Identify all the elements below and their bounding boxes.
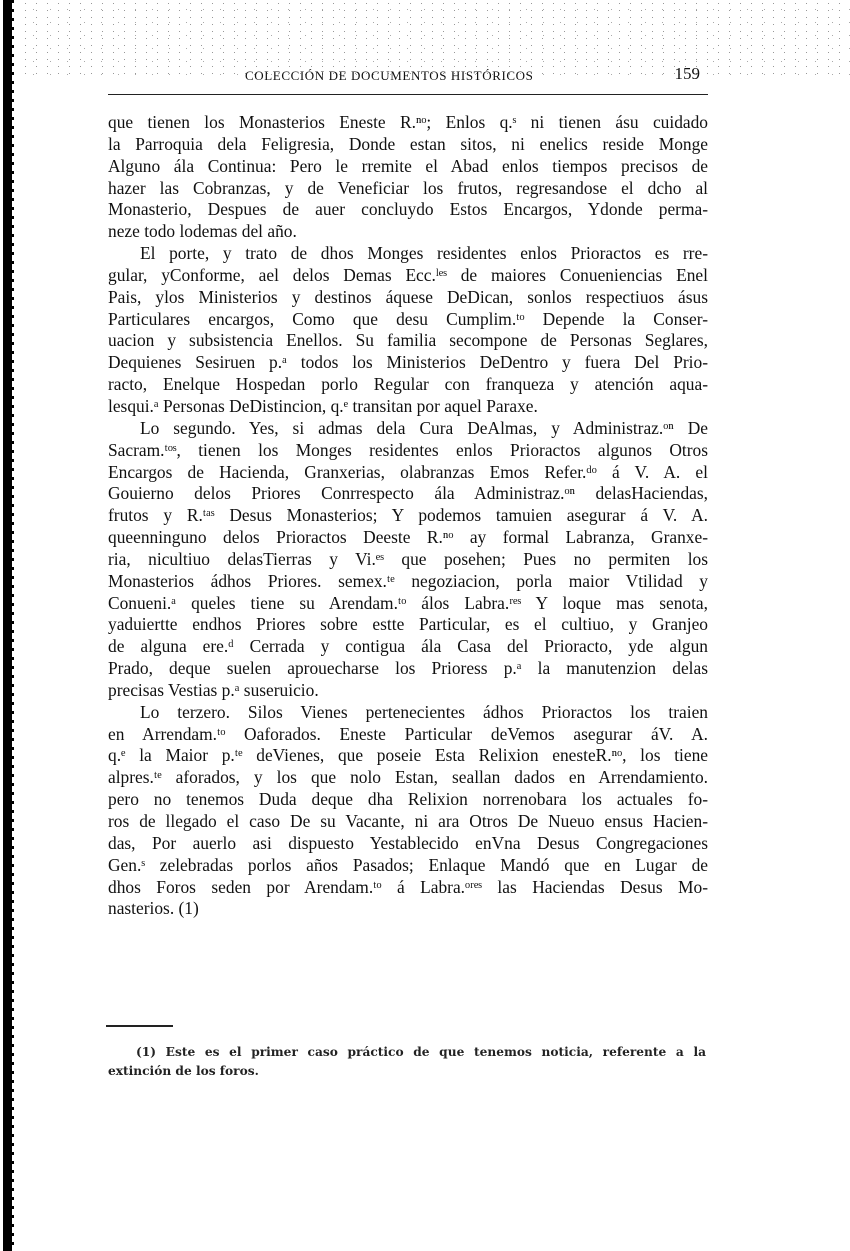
scan-binding-edge (3, 0, 12, 1251)
footnote-divider (106, 1025, 173, 1027)
paragraph-start: El porte, y trato de dhos Monges residen… (108, 243, 708, 265)
text-line: la Parroquia dela Feligresia, Donde esta… (108, 134, 708, 156)
text-line: Gouierno delos Priores Conrrespecto ála … (108, 483, 708, 505)
text-line: nasterios. (1) (108, 898, 708, 920)
text-line: Prado, deque suelen aprouecharse los Pri… (108, 658, 708, 680)
text-line: ria, nicultiuo delasTierras y Vi.ᵉˢ que … (108, 549, 708, 571)
text-line: racto, Enelque Hospedan porlo Regular co… (108, 374, 708, 396)
text-line: Monasterio, Despues de auer concluydo Es… (108, 199, 708, 221)
text-line: que tienen los Monasterios Eneste R.ⁿᵒ; … (108, 112, 708, 134)
text-line: das, Por auerlo asi dispuesto Yestableci… (108, 833, 708, 855)
text-line: neze todo lodemas del año. (108, 221, 708, 243)
text-line: frutos y R.ᵗᵃˢ Desus Monasterios; Y pode… (108, 505, 708, 527)
text-line: Gen.ˢ zelebradas porlos años Pasados; En… (108, 855, 708, 877)
text-line: ros de llegado el caso De su Vacante, ni… (108, 811, 708, 833)
text-line: Particulares encargos, Como que desu Cum… (108, 309, 708, 331)
scan-binding-shadow (12, 0, 14, 1251)
text-line: dhos Foros seden por Arendam.ᵗᵒ á Labra.… (108, 877, 708, 899)
text-line: alpres.ᵗᵉ aforados, y los que nolo Estan… (108, 767, 708, 789)
text-line: Dequienes Sesiruen p.ᵃ todos los Ministe… (108, 352, 708, 374)
text-line: q.ᵉ la Maior p.ᵗᵉ deVienes, que poseie E… (108, 745, 708, 767)
running-title: COLECCIÓN DE DOCUMENTOS HISTÓRICOS (245, 68, 533, 84)
text-line: de alguna ere.ᵈ Cerrada y contigua ála C… (108, 636, 708, 658)
text-line: Conueni.ᵃ queles tiene su Arendam.ᵗᵒ álo… (108, 593, 708, 615)
text-line: Monasterios ádhos Priores. semex.ᵗᵉ nego… (108, 571, 708, 593)
text-line: Sacram.ᵗᵒˢ, tienen los Monges residentes… (108, 440, 708, 462)
footnote: (1) Este es el primer caso práctico de q… (108, 1043, 706, 1081)
text-line: Pais, ylos Ministerios y destinos áquese… (108, 287, 708, 309)
page-header: COLECCIÓN DE DOCUMENTOS HISTÓRICOS 159 (108, 64, 708, 95)
text-line: precisas Vestias p.ᵃ suseruicio. (108, 680, 708, 702)
text-line: hazer las Cobranzas, y de Veneficiar los… (108, 178, 708, 200)
text-line: lesqui.ᵃ Personas DeDistincion, q.ᵉ tran… (108, 396, 708, 418)
text-line: en Arrendam.ᵗᵒ Oaforados. Eneste Particu… (108, 724, 708, 746)
page-number: 159 (675, 64, 701, 84)
paragraph-start: Lo segundo. Yes, si admas dela Cura DeAl… (108, 418, 708, 440)
text-line: uacion y subsistencia Enellos. Su famili… (108, 330, 708, 352)
footnote-line: extinción de los foros. (108, 1062, 706, 1081)
text-line: Encargos de Hacienda, Granxerias, olabra… (108, 462, 708, 484)
text-line: queenninguno delos Prioractos Deeste R.ⁿ… (108, 527, 708, 549)
text-line: pero no tenemos Duda deque dha Relixion … (108, 789, 708, 811)
text-line: Alguno ála Continua: Pero le rremite el … (108, 156, 708, 178)
text-line: gular, yConforme, ael delos Demas Ecc.ˡᵉ… (108, 265, 708, 287)
footnote-line: (1) Este es el primer caso práctico de q… (108, 1043, 706, 1062)
text-line: yaduiertte endhos Priores sobre estte Pa… (108, 614, 708, 636)
body-text: que tienen los Monasterios Eneste R.ⁿᵒ; … (108, 112, 708, 920)
paragraph-start: Lo terzero. Silos Vienes pertenecientes … (108, 702, 708, 724)
